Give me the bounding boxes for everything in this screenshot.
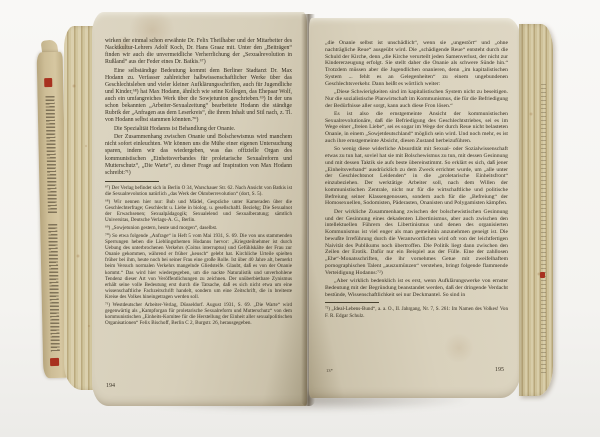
page-number-right: 195 [495,367,504,373]
edge-textmarks [541,84,546,374]
right-page-footnotes: ⁷²) „Ideal-Lebens-Bund“, a. a. O., II. J… [325,306,508,318]
left-page-footnotes: ⁶⁷) Der Verlag befindet sich in Berlin O… [105,185,292,327]
printer-signature-mark: 13* [326,368,333,373]
spine-edge-textmarks [46,96,57,214]
footnote: ⁷⁰) So etwa folgende „Anfrage“ in Heft 5… [105,233,292,300]
paragraph: Der Zusammenhang zwischen Onanie und Bol… [105,134,292,176]
footnote: ⁶⁹) „Sowjetunion gestern, heute und morg… [105,225,292,231]
paragraph: „Diese Schwierigkeiten sind im kapitalis… [325,89,508,109]
footnote: ⁶⁷) Der Verlag befindet sich in Berlin O… [105,185,292,197]
paragraph: Es ist also die ernstgemeinte Ansicht de… [325,111,508,145]
left-page-body: wirken der einmal schon erwähnte Dr. Fel… [105,38,292,177]
footnote: ⁶⁸) Wir nennen hier nur: Bub und Mädel, … [105,199,292,223]
red-edge-mark [50,358,59,366]
right-page-text: „die Onanie selbst ist unschädlich“, wen… [325,40,508,320]
paragraph: So wenig diese widerliche Absurdität mit… [325,146,508,207]
left-page-text: wirken der einmal schon erwähnte Dr. Fel… [105,38,292,328]
footnote-rule [325,302,379,303]
paragraph: „Aber wirklich bedenklich ist es erst, w… [325,278,508,298]
open-book: wirken der einmal schon erwähnte Dr. Fel… [0,0,600,437]
paragraph: wirken der einmal schon erwähnte Dr. Fel… [105,38,292,66]
paragraph: Der wirkliche Zusammenhang zwischen der … [325,209,508,277]
footnote: ⁷¹) Westdeutscher Arbeiter-Verlag, Düsse… [105,302,292,326]
paragraph: Die Spezialität Hodanns ist Behandlung d… [105,126,292,133]
page-edges-right [519,24,553,396]
footnote: ⁷²) „Ideal-Lebens-Bund“, a. a. O., II. J… [325,306,508,318]
page-number-left: 194 [106,383,115,389]
spine-edge-textmarks [48,224,60,352]
paragraph: Eine selbständige Bedeutung kommt dem Be… [105,68,292,125]
red-edge-mark [540,272,545,278]
right-page-body: „die Onanie selbst ist unschädlich“, wen… [325,40,508,298]
footnote-rule [105,181,159,182]
paragraph: „die Onanie selbst ist unschädlich“, wen… [325,40,508,87]
right-page: „die Onanie selbst ist unschädlich“, wen… [309,18,521,398]
left-page: wirken der einmal schon erwähnte Dr. Fel… [92,12,307,406]
red-edge-mark [44,78,52,87]
